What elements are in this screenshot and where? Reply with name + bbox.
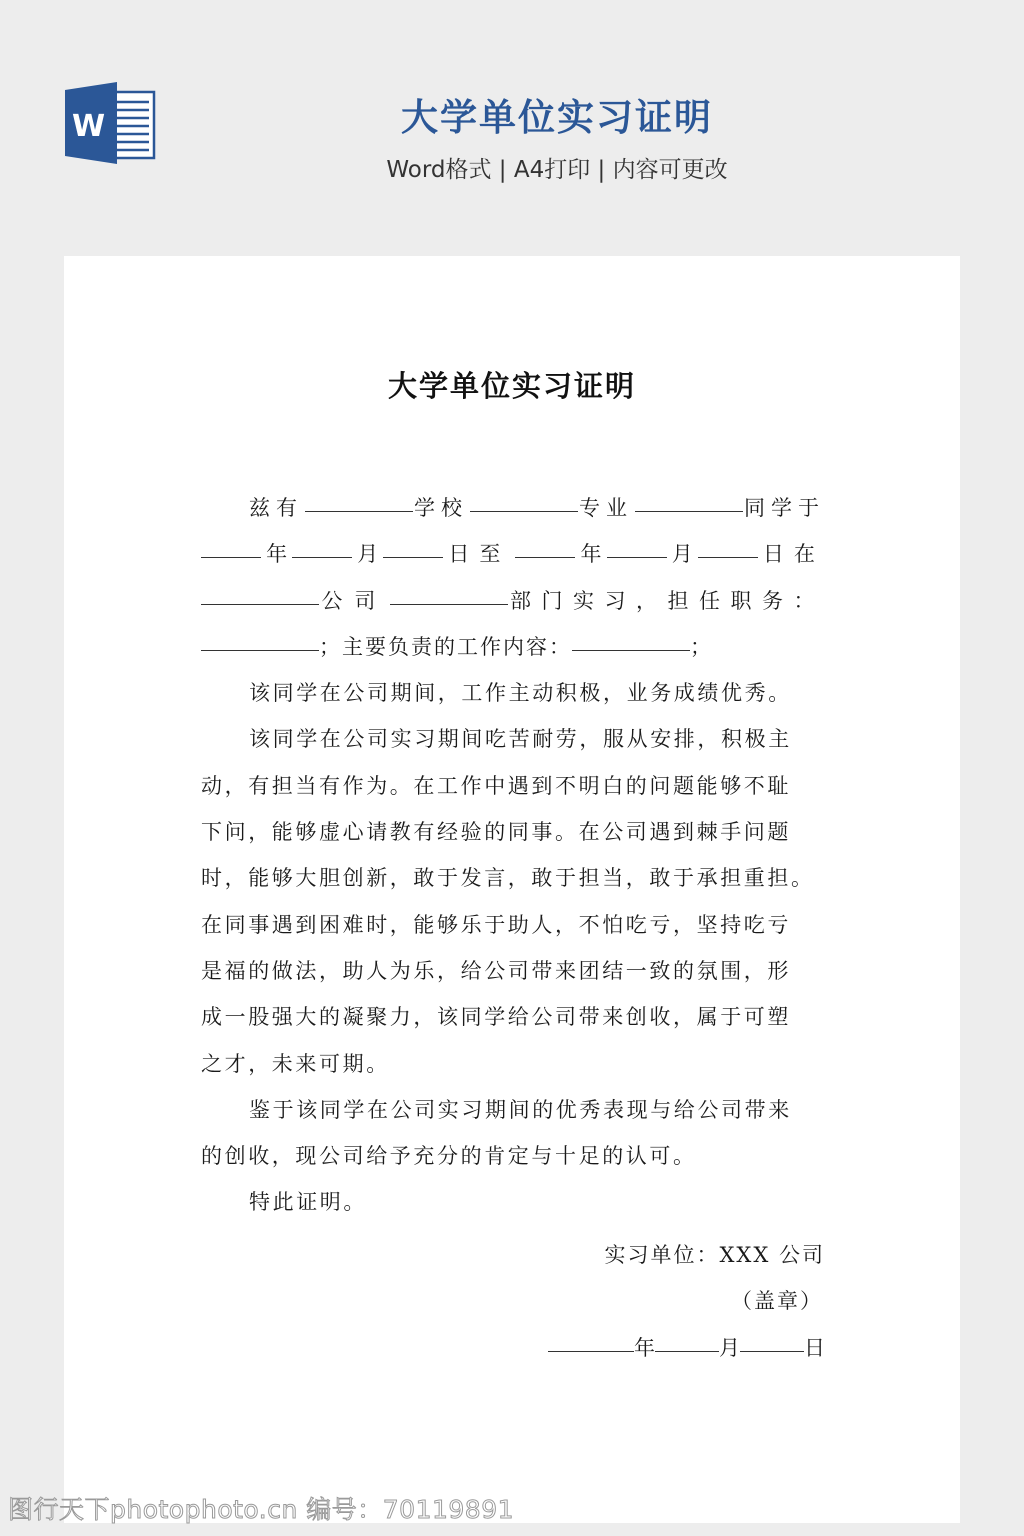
paragraph-closing: 特此证明。	[201, 1179, 825, 1225]
blank-major	[470, 511, 578, 512]
text-day: 日	[804, 1325, 825, 1371]
paragraph-evaluation-line: 该同学在公司实习期间吃苦耐劳，服从安排，积极主	[201, 716, 825, 762]
blank-end-month	[607, 557, 667, 558]
header-title: 大学单位实习证明	[300, 92, 814, 144]
blank-sign-year	[548, 1351, 634, 1352]
fill-in-line-1: 兹有 学校 专业 同学于	[201, 485, 825, 531]
signature-seal: （盖章）	[201, 1278, 825, 1324]
paragraph-evaluation-line: 下问，能够虚心请教有经验的同事。在公司遇到棘手问题	[201, 809, 825, 855]
signature-block: 实习单位：XXX 公司 （盖章） 年 月 日	[201, 1232, 825, 1371]
text-year: 年	[634, 1325, 655, 1371]
blank-start-year	[201, 557, 261, 558]
text-work-content: ；主要负责的工作内容：	[319, 635, 572, 659]
blank-sign-month	[655, 1351, 719, 1352]
blank-start-day	[383, 557, 443, 558]
paragraph-evaluation-line: 在同事遇到困难时，能够乐于助人，不怕吃亏，坚持吃亏	[201, 902, 825, 948]
blank-department	[390, 604, 508, 605]
text-month: 月	[357, 531, 378, 577]
blank-student-name	[635, 511, 743, 512]
text-company: 公司	[321, 578, 387, 624]
paragraph-evaluation-line: 成一股强大的凝聚力，该同学给公司带来创收，属于可塑	[201, 994, 825, 1040]
text-major: 专业	[579, 485, 633, 531]
text-semicolon: ；	[690, 635, 713, 659]
blank-end-day	[698, 557, 758, 558]
header-banner: W 大学单位实习证明 Word格式 | A4打印 | 内容可更改	[0, 0, 1024, 256]
paragraph-recognition-line: 鉴于该同学在公司实习期间的优秀表现与给公司带来	[201, 1087, 825, 1133]
watermark-text: 图行天下photophoto.cn 编号：70119891	[8, 1490, 514, 1526]
fill-in-line-4: ；主要负责的工作内容：；	[201, 624, 825, 670]
blank-company	[201, 604, 319, 605]
text-school: 学校	[414, 485, 468, 531]
text-day-at: 日在	[763, 531, 825, 577]
paragraph-evaluation-line: 时，能够大胆创新，敢于发言，敢于担当，敢于承担重担。	[201, 855, 825, 901]
text-year: 年	[581, 531, 602, 577]
blank-position	[201, 650, 319, 651]
signature-date: 年 月 日	[201, 1325, 825, 1371]
text-ziyou: 兹有	[249, 485, 303, 531]
fill-in-line-2: 年 月 日至 年 月 日在	[201, 531, 825, 577]
header-subtitle: Word格式 | A4打印 | 内容可更改	[300, 152, 814, 188]
signature-unit: 实习单位：XXX 公司	[201, 1232, 825, 1278]
text-month: 月	[719, 1325, 740, 1371]
fill-in-line-3: 公司 部门实习，担任职务：	[201, 578, 825, 624]
text-department-position: 部门实习，担任职务：	[510, 578, 825, 624]
text-student: 同学于	[744, 485, 825, 531]
document-body: 兹有 学校 专业 同学于 年 月 日至 年 月 日在 公司	[201, 485, 825, 1226]
svg-text:W: W	[72, 109, 105, 144]
blank-sign-day	[740, 1351, 804, 1352]
paragraph-evaluation-line: 之才，未来可期。	[201, 1041, 825, 1087]
blank-start-month	[292, 557, 352, 558]
text-day-to: 日至	[448, 531, 510, 577]
paragraph-performance: 该同学在公司期间，工作主动积极，业务成绩优秀。	[201, 670, 825, 716]
blank-end-year	[515, 557, 575, 558]
paragraph-evaluation-line: 动，有担当有作为。在工作中遇到不明白的问题能够不耻	[201, 763, 825, 809]
document-page: 大学单位实习证明 兹有 学校 专业 同学于 年 月 日至 年 月 日在	[64, 256, 960, 1523]
blank-school-name	[305, 511, 413, 512]
blank-work-content	[572, 650, 690, 651]
text-month: 月	[672, 531, 693, 577]
paragraph-recognition-line: 的创收，现公司给予充分的肯定与十足的认可。	[201, 1133, 825, 1179]
word-document-icon: W	[65, 82, 157, 164]
text-year: 年	[266, 531, 287, 577]
document-title: 大学单位实习证明	[64, 364, 960, 405]
paragraph-evaluation-line: 是福的做法，助人为乐，给公司带来团结一致的氛围，形	[201, 948, 825, 994]
